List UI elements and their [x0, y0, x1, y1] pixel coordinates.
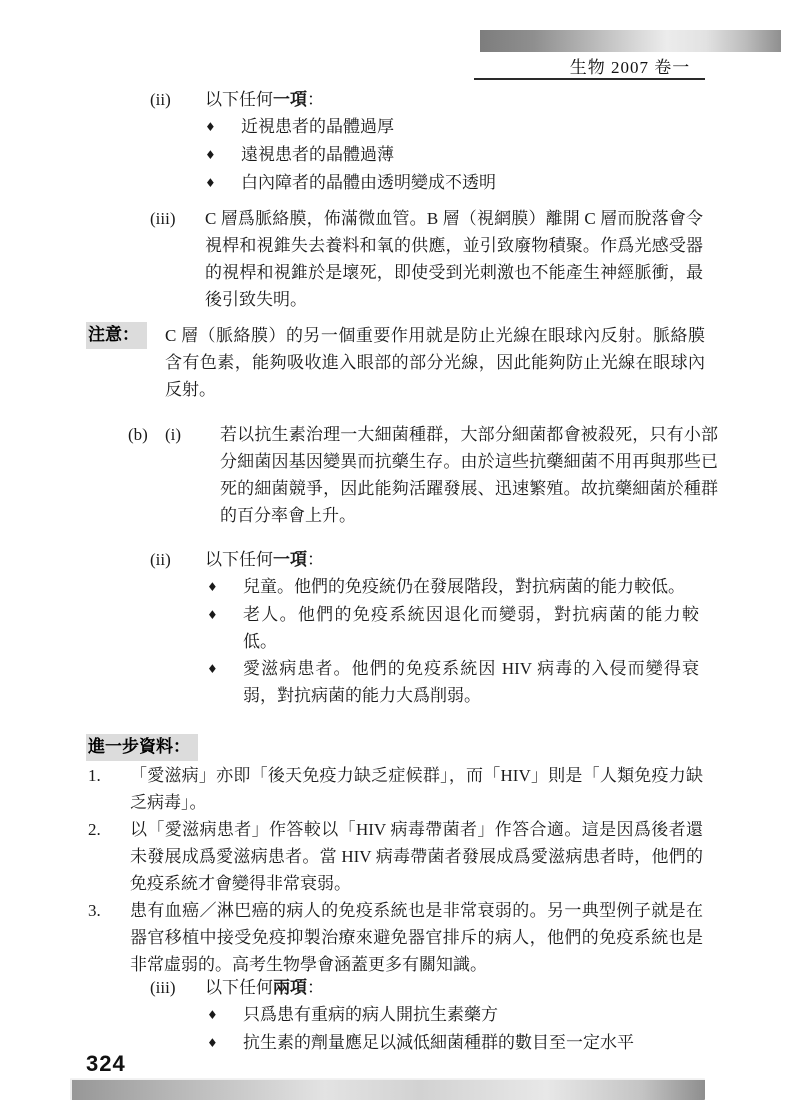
- section-a-iii: (iii) C 層爲脈絡膜，佈滿微血管。B 層（視網膜）離開 C 層而脫落會令視…: [150, 205, 703, 313]
- item-number: 2.: [88, 816, 130, 897]
- section-b-ii: (ii) 以下任何一項：: [150, 546, 705, 573]
- list-item-text: 愛滋病患者。他們的免疫系統因 HIV 病毒的入侵而變得衰弱，對抗病菌的能力大爲削…: [243, 655, 699, 709]
- diamond-bullet-icon: ♦: [205, 141, 241, 169]
- further-info-label-wrap: 進一步資料：: [86, 734, 198, 761]
- further-info-label: 進一步資料：: [86, 734, 198, 761]
- numbered-item-text: 患有血癌／淋巴癌的病人的免疫系統也是非常衰弱的。另一典型例子就是在器官移植中接受…: [130, 897, 703, 978]
- item-label-ii: (ii): [150, 86, 205, 113]
- page-header-title: 生物 2007 卷一: [480, 53, 780, 77]
- diamond-bullet-icon: ♦: [207, 573, 243, 601]
- numbered-item: 3. 患有血癌／淋巴癌的病人的免疫系統也是非常衰弱的。另一典型例子就是在器官移植…: [88, 897, 703, 978]
- prompt-b-ii: 以下任何一項：: [205, 546, 324, 573]
- item-label-iii: (iii): [150, 974, 205, 1001]
- list-item-text: 白內障者的晶體由透明變成不透明: [241, 169, 705, 197]
- list-item-text: 近視患者的晶體過厚: [241, 113, 705, 141]
- diamond-bullet-icon: ♦: [207, 655, 243, 709]
- footer-gradient-bar: [70, 1078, 705, 1100]
- list-item: ♦ 兒童。他們的免疫統仍在發展階段，對抗病菌的能力較低。: [207, 573, 703, 601]
- item-label-iii: (iii): [150, 205, 205, 313]
- numbered-item-text: 「愛滋病」亦即「後天免疫力缺乏症候群」，而「HIV」則是「人類免疫力缺乏病毒」。: [130, 762, 703, 816]
- list-item-text: 只爲患有重病的病人開抗生素藥方: [243, 1001, 703, 1029]
- list-item-text: 老人。他們的免疫系統因退化而變弱，對抗病菌的能力較低。: [243, 601, 699, 655]
- note-text: C 層（脈絡膜）的另一個重要作用就是防止光線在眼球內反射。脈絡膜含有色素，能夠吸…: [165, 322, 705, 403]
- header-rule: [474, 78, 705, 80]
- further-info-list: 1. 「愛滋病」亦即「後天免疫力缺乏症候群」，而「HIV」則是「人類免疫力缺乏病…: [88, 762, 703, 978]
- list-item: ♦ 愛滋病患者。他們的免疫系統因 HIV 病毒的入侵而變得衰弱，對抗病菌的能力大…: [207, 655, 703, 709]
- prompt-b-iii: 以下任何兩項：: [205, 974, 324, 1001]
- scanned-document-page: { "header": { "title": "生物 2007 卷一" }, "…: [0, 0, 787, 1117]
- item-number: 1.: [88, 762, 130, 816]
- item-label-b: (b): [128, 421, 150, 529]
- page-number: 324: [86, 1051, 126, 1077]
- numbered-item: 1. 「愛滋病」亦即「後天免疫力缺乏症候群」，而「HIV」則是「人類免疫力缺乏病…: [88, 762, 703, 816]
- list-item-text: 遠視患者的晶體過薄: [241, 141, 705, 169]
- prompt-a-ii: 以下任何一項：: [205, 86, 324, 113]
- diamond-bullet-icon: ♦: [205, 169, 241, 197]
- diamond-bullet-icon: ♦: [207, 1001, 243, 1029]
- section-b-iii: (iii) 以下任何兩項：: [150, 974, 705, 1001]
- numbered-item-text: 以「愛滋病患者」作答較以「HIV 病毒帶菌者」作答合適。這是因爲後者還未發展成爲…: [130, 816, 703, 897]
- list-item-text: 抗生素的劑量應足以減低細菌種群的數目至一定水平: [243, 1029, 703, 1057]
- paragraph-a-iii: C 層爲脈絡膜，佈滿微血管。B 層（視網膜）離開 C 層而脫落會令視桿和視錐失去…: [205, 205, 703, 313]
- diamond-bullet-icon: ♦: [207, 601, 243, 655]
- list-item: ♦ 抗生素的劑量應足以減低細菌種群的數目至一定水平: [207, 1029, 703, 1057]
- diamond-bullet-icon: ♦: [205, 113, 241, 141]
- numbered-item: 2. 以「愛滋病患者」作答較以「HIV 病毒帶菌者」作答合適。這是因爲後者還未發…: [88, 816, 703, 897]
- item-number: 3.: [88, 897, 130, 978]
- bullet-list-a-ii: ♦ 近視患者的晶體過厚 ♦ 遠視患者的晶體過薄 ♦ 白內障者的晶體由透明變成不透…: [205, 113, 705, 197]
- item-label-i: (i): [150, 421, 220, 529]
- section-a-ii: (ii) 以下任何一項：: [150, 86, 705, 113]
- list-item: ♦ 老人。他們的免疫系統因退化而變弱，對抗病菌的能力較低。: [207, 601, 703, 655]
- paragraph-b-i: 若以抗生素治理一大細菌種群，大部分細菌都會被殺死，只有小部分細菌因基因變異而抗藥…: [220, 421, 718, 529]
- diamond-bullet-icon: ♦: [207, 1029, 243, 1057]
- list-item-text: 兒童。他們的免疫統仍在發展階段，對抗病菌的能力較低。: [243, 573, 699, 601]
- list-item: ♦ 只爲患有重病的病人開抗生素藥方: [207, 1001, 703, 1029]
- bullet-list-b-iii: ♦ 只爲患有重病的病人開抗生素藥方 ♦ 抗生素的劑量應足以減低細菌種群的數目至一…: [207, 1001, 703, 1057]
- item-label-ii: (ii): [150, 546, 205, 573]
- note-label-wrap: 注意：: [86, 322, 147, 349]
- list-item: ♦ 遠視患者的晶體過薄: [205, 141, 705, 169]
- bullet-list-b-ii: ♦ 兒童。他們的免疫統仍在發展階段，對抗病菌的能力較低。 ♦ 老人。他們的免疫系…: [207, 573, 703, 709]
- header-gradient-bar: [480, 30, 781, 52]
- list-item: ♦ 白內障者的晶體由透明變成不透明: [205, 169, 705, 197]
- list-item: ♦ 近視患者的晶體過厚: [205, 113, 705, 141]
- note-label: 注意：: [86, 322, 147, 349]
- section-b-i: (b) (i) 若以抗生素治理一大細菌種群，大部分細菌都會被殺死，只有小部分細菌…: [128, 421, 718, 529]
